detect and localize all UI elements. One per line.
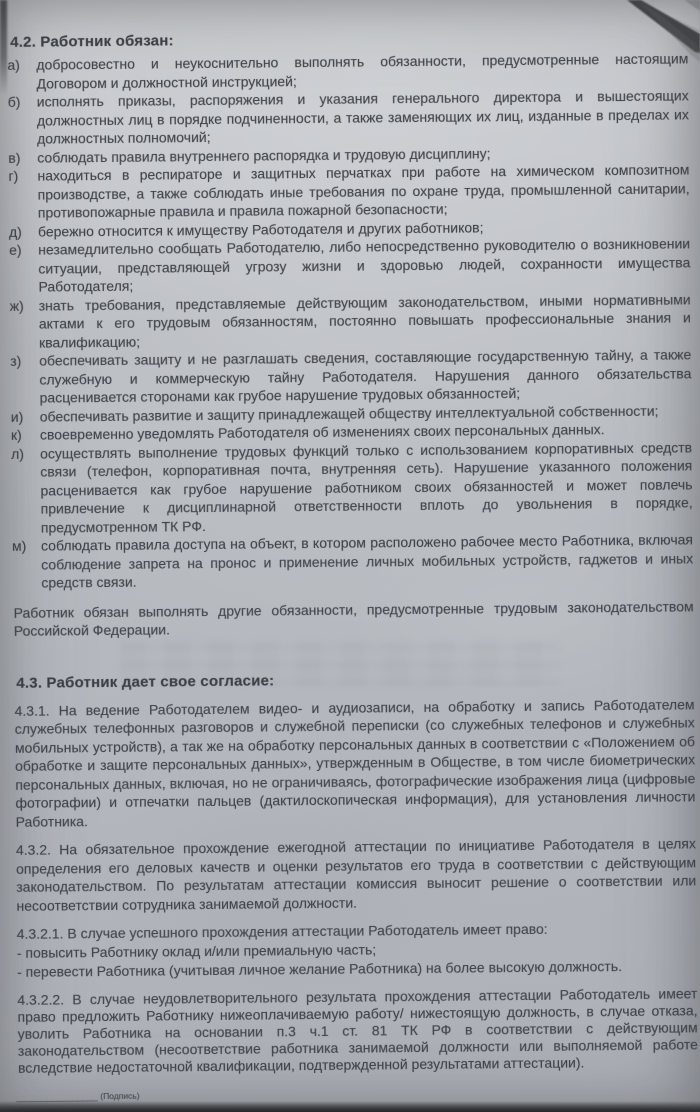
document-photo: 4.2. Работник обязан: а) добросовестно и… (0, 0, 700, 1112)
item-label: г) (5, 167, 38, 223)
item-label: л) (8, 444, 41, 537)
item-label: и) (8, 407, 40, 426)
photo-edge-bottom (0, 1101, 700, 1112)
item-label: к) (8, 426, 40, 445)
signature-line: ________________ (16, 1092, 97, 1103)
paragraph-4-3-2: 4.3.2. На обязательное прохождение ежего… (12, 834, 699, 915)
document-content: 4.2. Работник обязан: а) добросовестно и… (0, 0, 700, 1102)
obligation-item-z: з) обеспечивать защиту и не разглашать с… (7, 345, 694, 407)
item-text: обеспечивать защиту и не разглашать свед… (39, 345, 694, 407)
item-text: осуществлять выполнение трудовых функций… (40, 438, 695, 537)
item-text: исполнять приказы, распоряжения и указан… (37, 86, 692, 148)
closing-paragraph: Работник обязан выполнять другие обязанн… (10, 597, 696, 641)
obligation-item-g: г) находиться в респираторе и защитных п… (5, 160, 692, 222)
signature-area: ________________ (Подпись) (14, 1085, 700, 1103)
obligation-item-b: б) исполнять приказы, распоряжения и ука… (5, 86, 692, 148)
item-text: знать требования, представляемые действу… (39, 290, 694, 352)
item-label: д) (6, 222, 38, 241)
paragraph-4-3-1: 4.3.1. На ведение Работодателем видео- и… (11, 695, 698, 831)
item-text: добросовестно и неукоснительно выполнять… (36, 49, 690, 92)
item-text: находиться в респираторе и защитных перч… (37, 160, 692, 222)
obligation-item-m: м) соблюдать правила доступа на объект, … (9, 530, 696, 592)
section-4-3-heading: 4.3. Работник дает свое согласие: (16, 668, 696, 692)
item-label: е) (6, 241, 39, 297)
item-label: м) (9, 537, 42, 593)
signature-label: (Подпись) (100, 1090, 139, 1100)
item-label: ж) (7, 296, 40, 352)
section-4-2-heading: 4.2. Работник обязан: (10, 27, 690, 51)
item-label: а) (4, 56, 36, 93)
item-text: незамедлительно сообщать Работодателю, л… (38, 234, 693, 296)
item-label: з) (7, 352, 40, 408)
paragraph-4-3-2-2: 4.3.2.2. В случае неудовлетворительного … (13, 985, 700, 1078)
obligation-item-e: е) незамедлительно сообщать Работодателю… (6, 234, 693, 296)
item-text: соблюдать правила доступа на объект, в к… (41, 530, 696, 592)
obligation-item-l: л) осуществлять выполнение трудовых функ… (8, 438, 695, 537)
item-label: б) (5, 93, 38, 149)
item-label: в) (5, 148, 37, 167)
obligation-item-zh: ж) знать требования, представляемые дейс… (7, 290, 694, 352)
